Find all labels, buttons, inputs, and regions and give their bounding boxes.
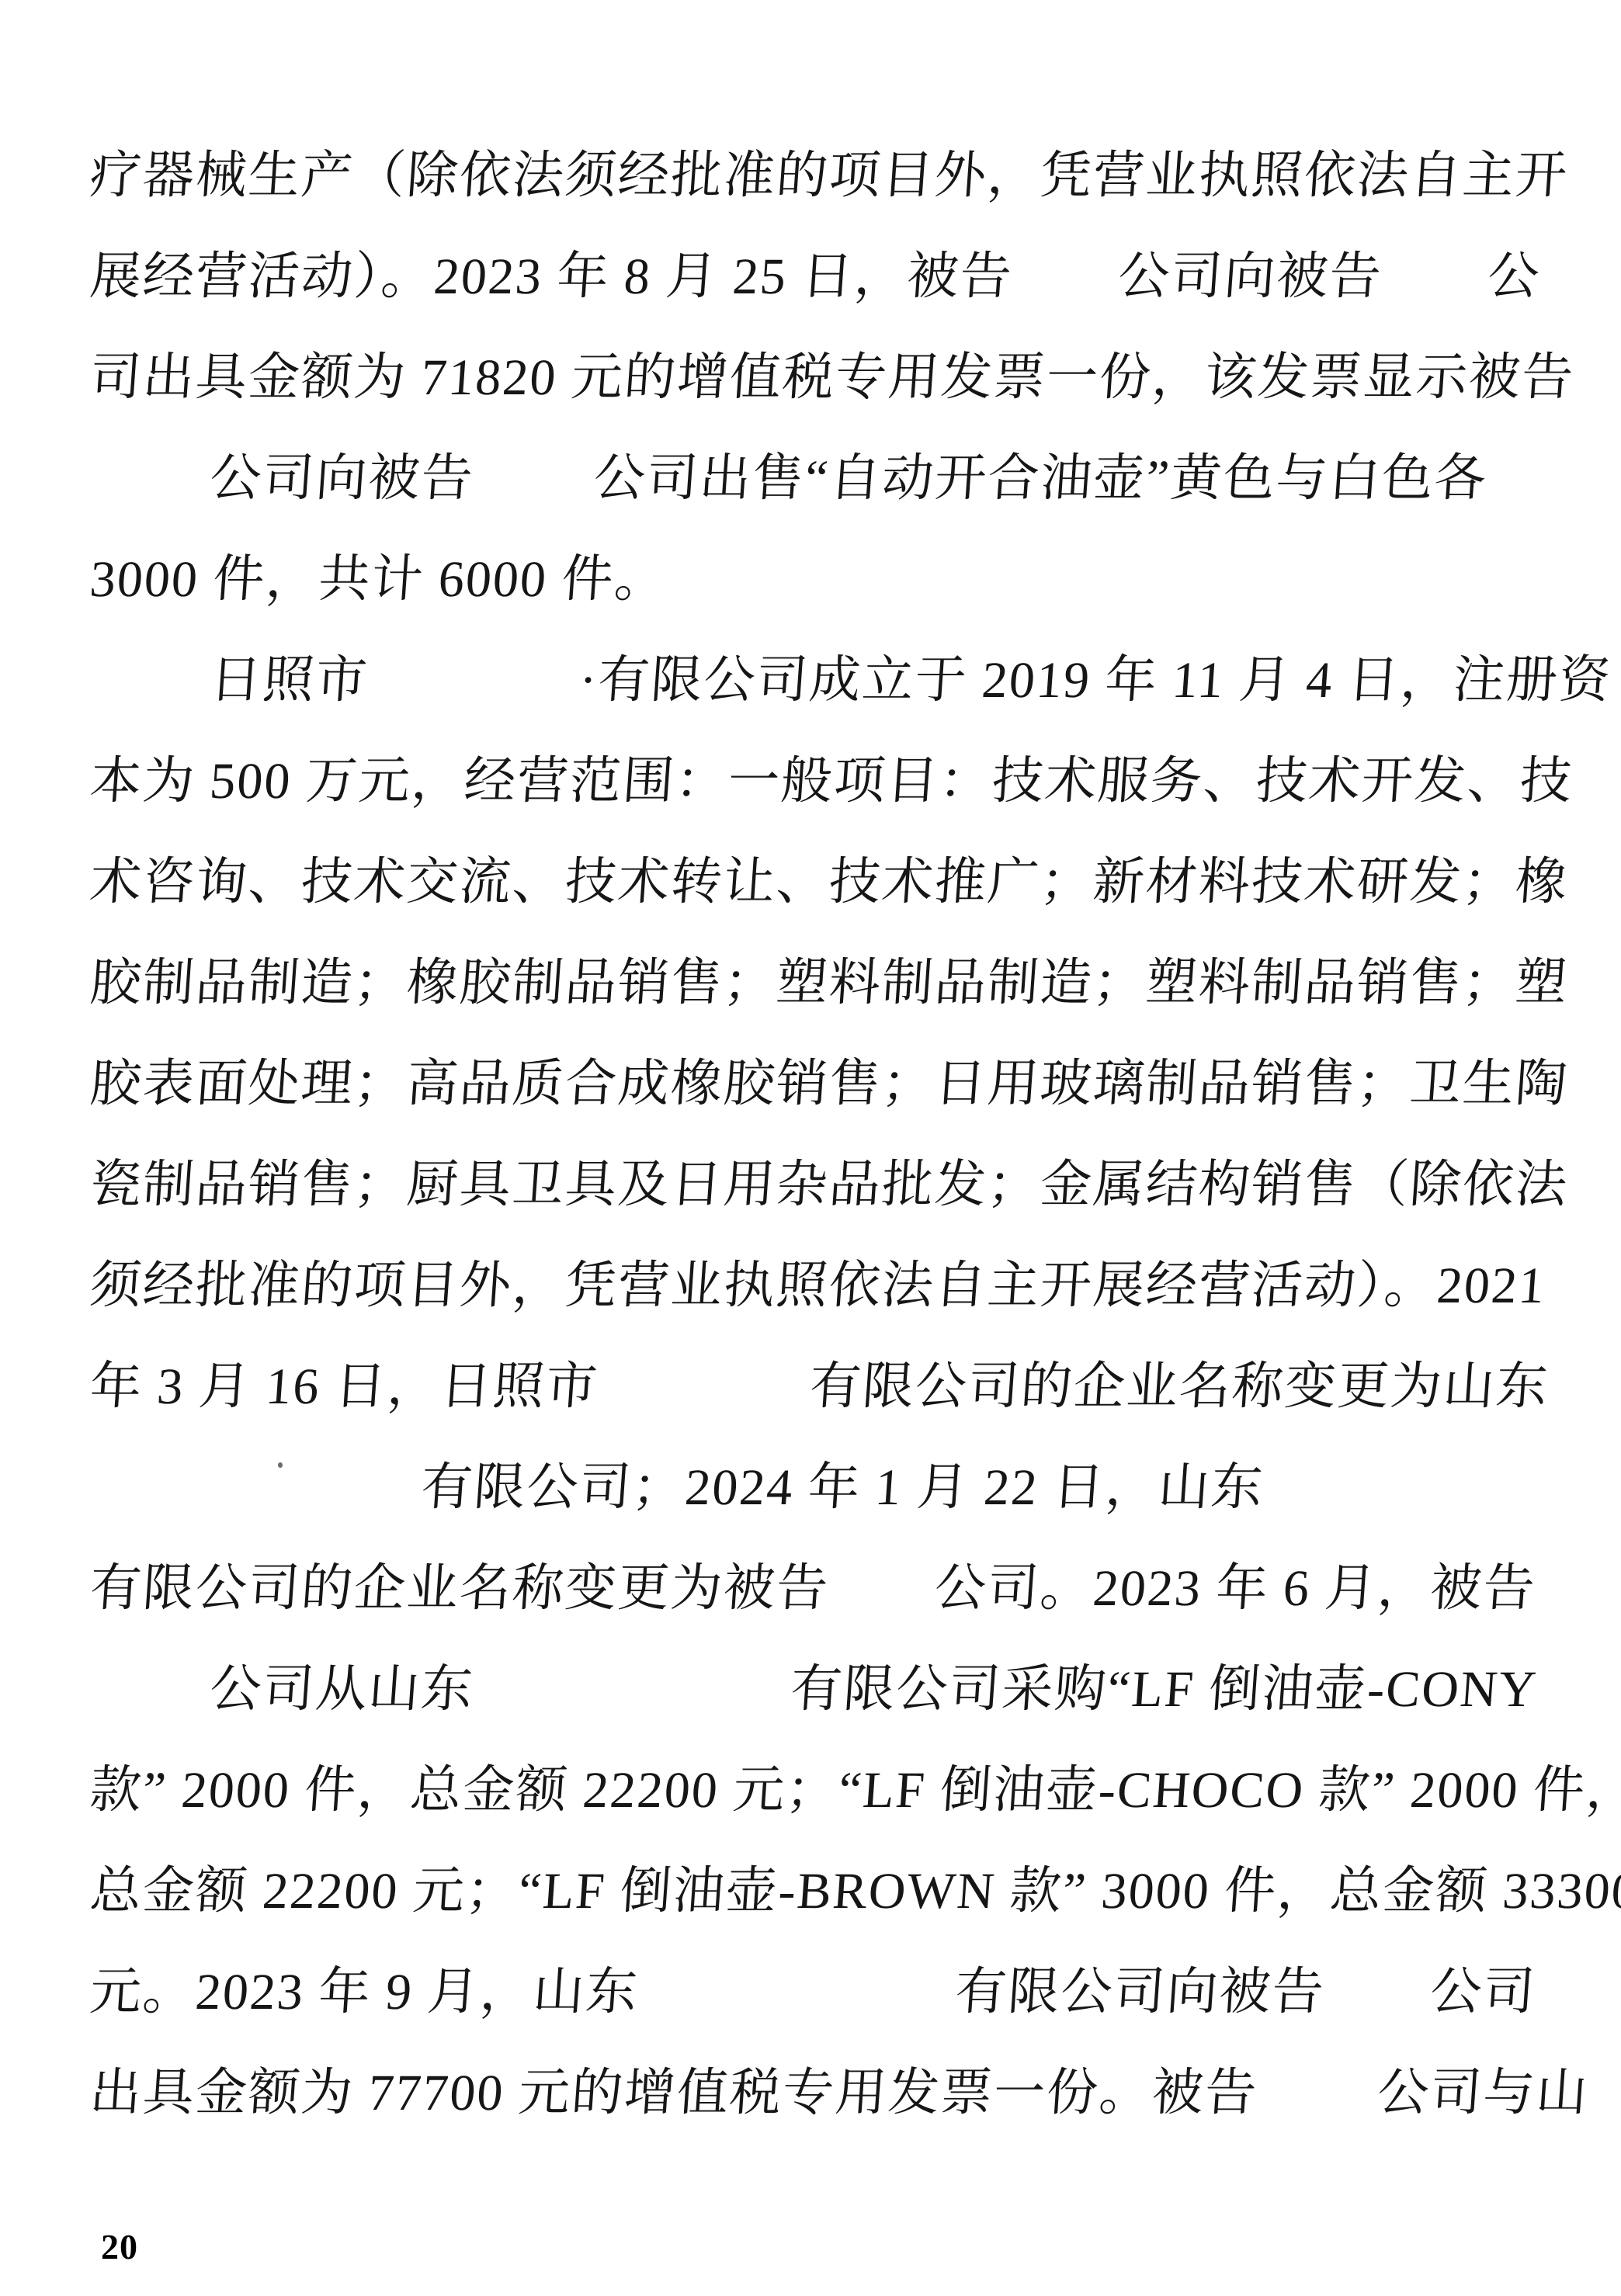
scan-speck bbox=[278, 1462, 283, 1468]
text-line: 司出具金额为 71820 元的增值税专用发票一份，该发票显示被告 bbox=[86, 328, 1572, 428]
text-line: 展经营活动）。2023 年 8 月 25 日，被告 公司向被告 公 bbox=[86, 227, 1572, 328]
text-line: 元。2023 年 9 月，山东 有限公司向被告 公司 bbox=[86, 1942, 1572, 2043]
text-line: 公司向被告 公司出售“自动开合油壶”黄色与白色各 bbox=[86, 428, 1572, 529]
text-line: 术咨询、技术交流、技术转让、技术推广；新材料技术研发；橡 bbox=[86, 832, 1572, 933]
text-line: 总金额 22200 元；“LF 倒油壶-BROWN 款” 3000 件，总金额 … bbox=[86, 1841, 1572, 1942]
text-line: 瓷制品销售；厨具卫具及日用杂品批发；金属结构销售（除依法 bbox=[86, 1135, 1572, 1236]
text-line: 出具金额为 77700 元的增值税专用发票一份。被告 公司与山 bbox=[86, 2043, 1572, 2144]
document-body: 疗器械生产（除依法须经批准的项目外，凭营业执照依法自主开 展经营活动）。2023… bbox=[90, 126, 1569, 2144]
text-line: 年 3 月 16 日，日照市 有限公司的企业名称变更为山东 bbox=[86, 1337, 1572, 1438]
text-line: 须经批准的项目外，凭营业执照依法自主开展经营活动）。2021 bbox=[86, 1236, 1572, 1337]
text-line: 有限公司的企业名称变更为被告 公司。2023 年 6 月，被告 bbox=[86, 1538, 1572, 1639]
text-line: 有限公司；2024 年 1 月 22 日，山东 bbox=[86, 1438, 1572, 1538]
page-number: 20 bbox=[101, 2226, 138, 2267]
text-line: 疗器械生产（除依法须经批准的项目外，凭营业执照依法自主开 bbox=[86, 126, 1572, 227]
text-line: 款” 2000 件，总金额 22200 元；“LF 倒油壶-CHOCO 款” 2… bbox=[86, 1740, 1572, 1841]
text-line: 胶表面处理；高品质合成橡胶销售；日用玻璃制品销售；卫生陶 bbox=[86, 1034, 1572, 1135]
text-line: 公司从山东 有限公司采购“LF 倒油壶-CONY bbox=[86, 1639, 1572, 1740]
text-line: 日照市 ·有限公司成立于 2019 年 11 月 4 日，注册资 bbox=[86, 630, 1572, 731]
text-line: 本为 500 万元，经营范围：一般项目：技术服务、技术开发、技 bbox=[86, 731, 1572, 832]
text-line: 3000 件，共计 6000 件。 bbox=[86, 529, 1572, 630]
text-line: 胶制品制造；橡胶制品销售；塑料制品制造；塑料制品销售；塑 bbox=[86, 933, 1572, 1034]
document-page: 疗器械生产（除依法须经批准的项目外，凭营业执照依法自主开 展经营活动）。2023… bbox=[0, 0, 1621, 2296]
